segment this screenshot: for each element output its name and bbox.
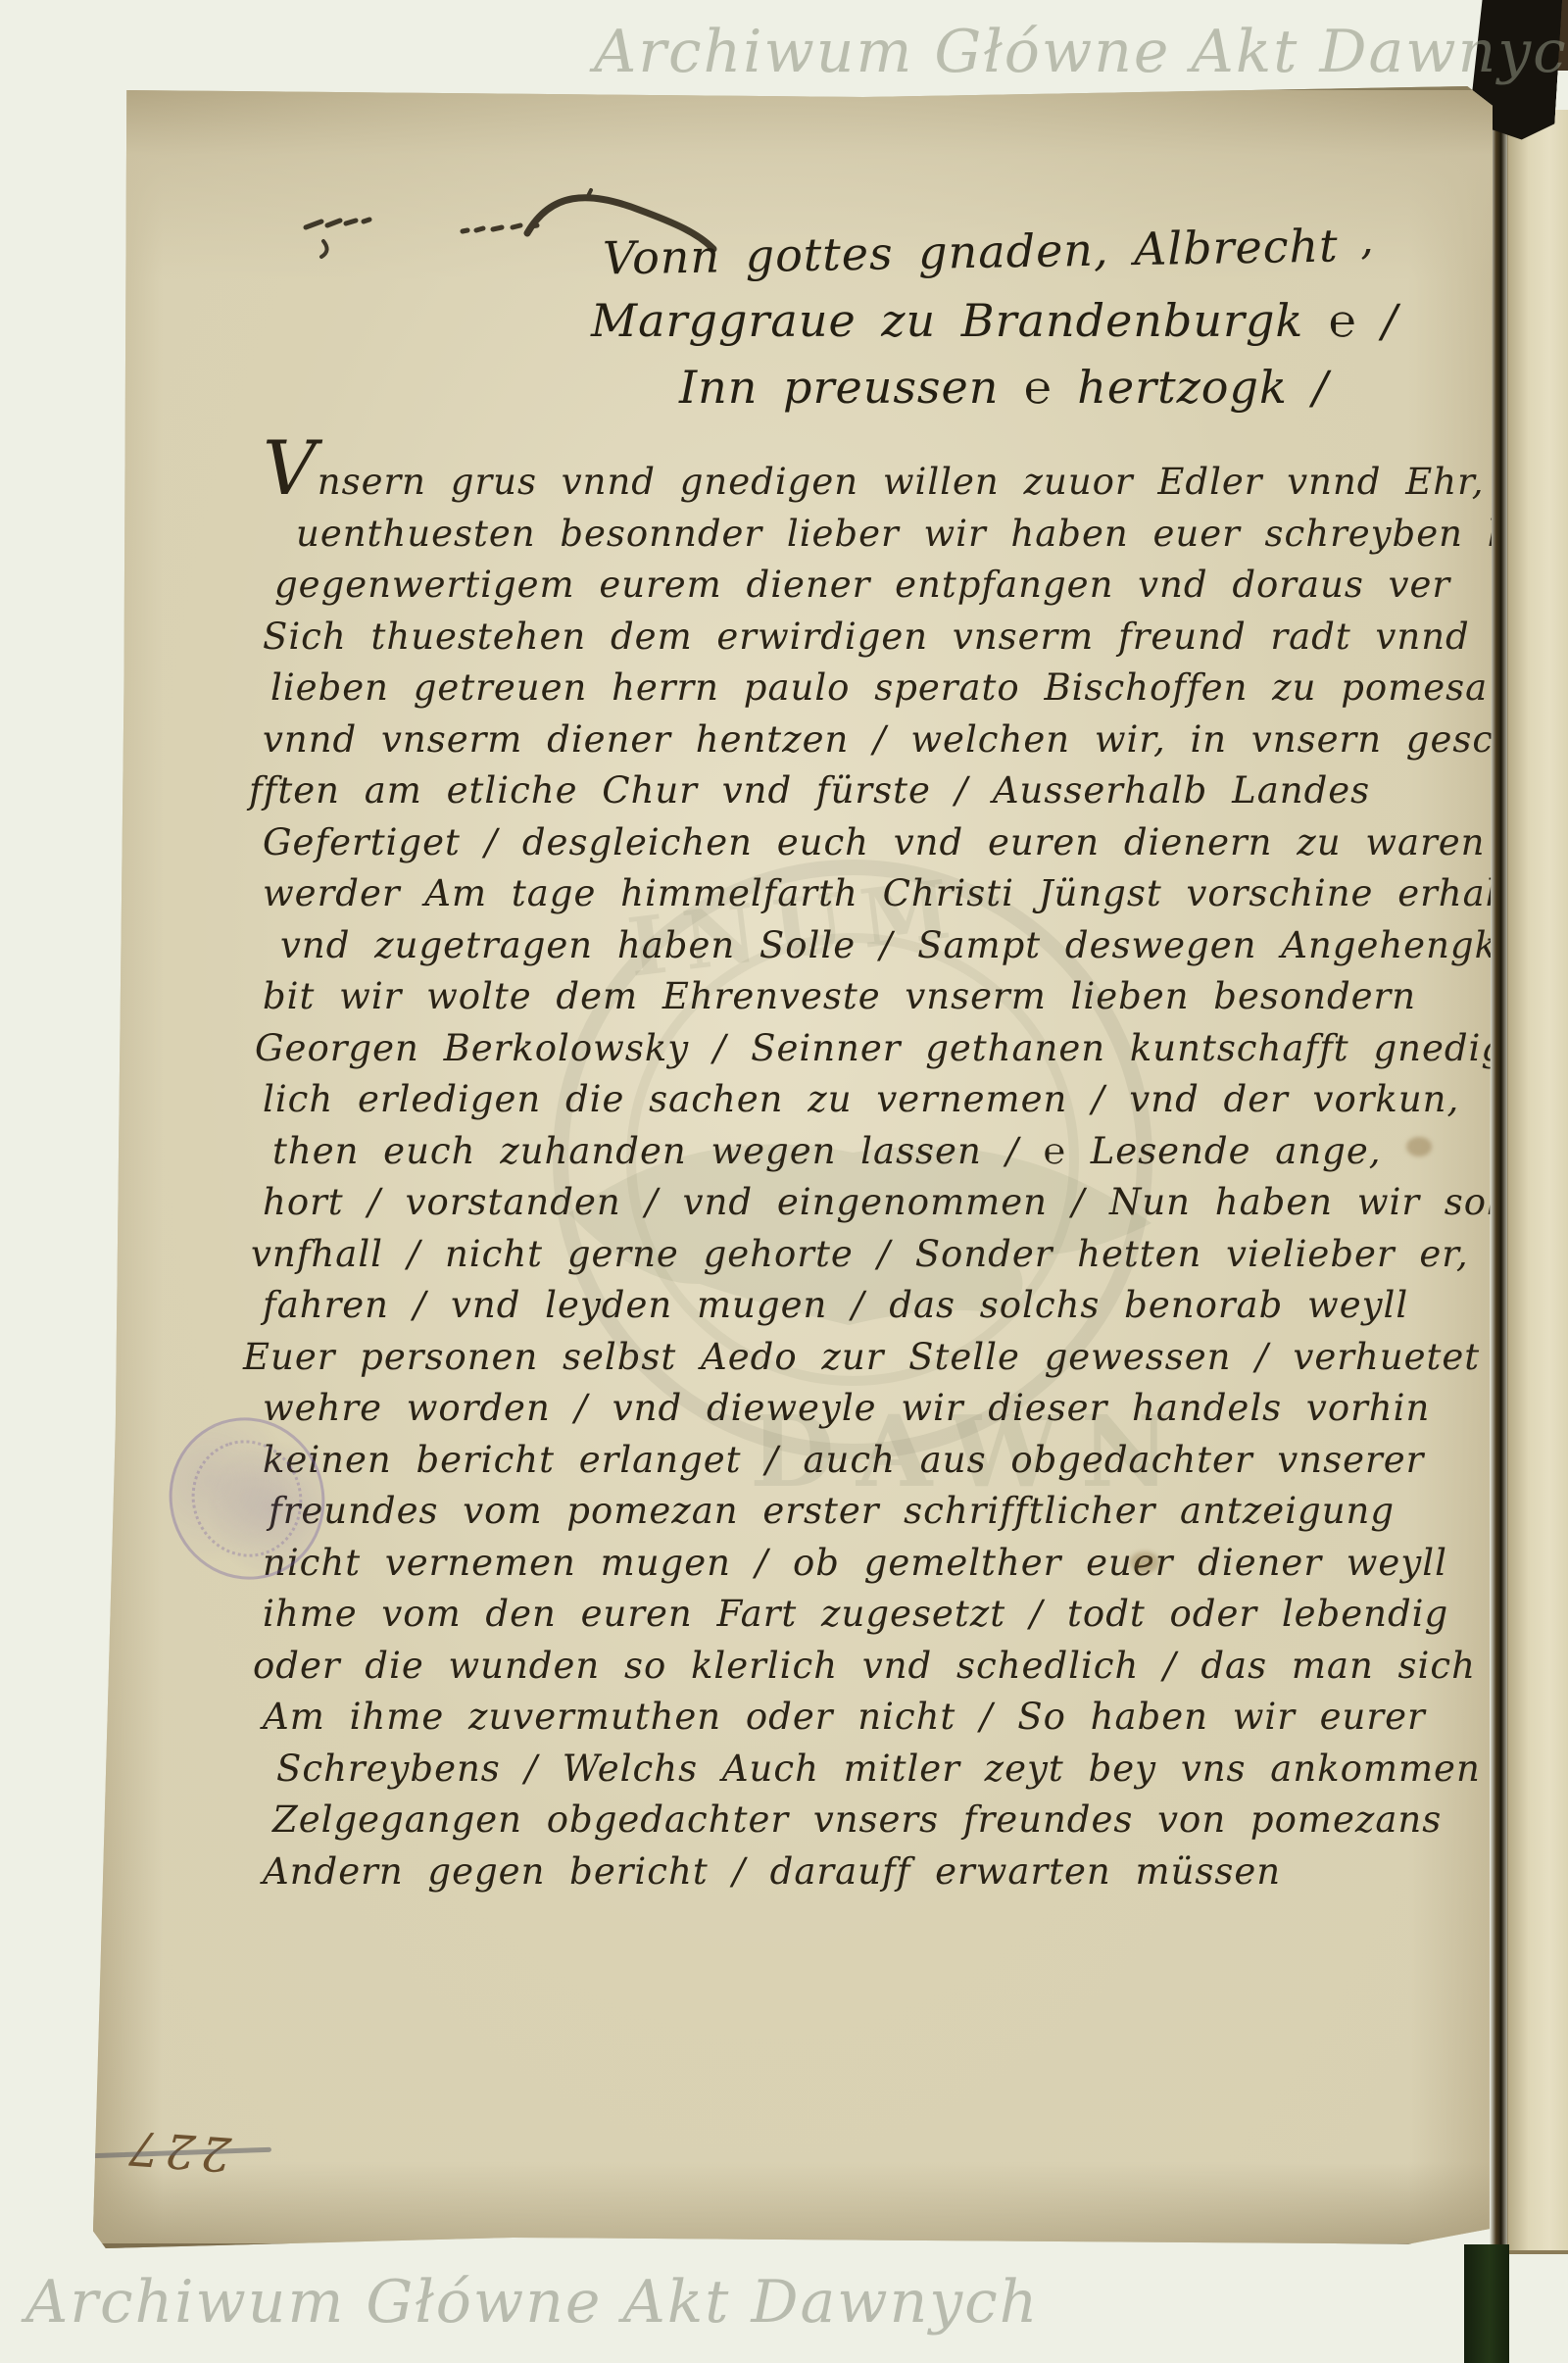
manuscript-line: Gefertiget / desgleichen euch vnd euren … <box>263 817 1488 869</box>
heading-pen-mark: ’ <box>1359 241 1373 291</box>
manuscript-line: wehre worden / vnd dieweyle wir dieser h… <box>263 1383 1488 1435</box>
manuscript-line: then euch zuhanden wegen lassen / ℮ Lese… <box>272 1126 1488 1178</box>
manuscript-line: vnnd vnserm diener hentzen / welchen wir… <box>263 714 1488 766</box>
manuscript-line: lich erledigen die sachen zu vernemen / … <box>263 1074 1488 1126</box>
manuscript-line: Schreybens / Welchs Auch mitler zeyt bey… <box>276 1744 1488 1796</box>
heading-line: Marggraue zu Brandenburgk ℮ / <box>591 294 1398 347</box>
page-gap <box>1490 94 1508 2252</box>
letter-body: Vnsern grus vnnd gnedigen willen zuuor E… <box>263 441 1488 1897</box>
fox-spot <box>1130 1551 1159 1573</box>
manuscript-line: Vnsern grus vnnd gnedigen willen zuuor E… <box>263 441 1488 509</box>
facing-page-edge <box>1507 110 1568 2254</box>
manuscript-line: Georgen Berkolowsky / Seinner gethanen k… <box>255 1023 1488 1075</box>
manuscript-line: Euer personen selbst Aedo zur Stelle gew… <box>243 1332 1488 1384</box>
manuscript-page: Vonn gottes gnaden, Albrecht Marggraue z… <box>93 86 1493 2248</box>
manuscript-line: werder Am tage himmelfarth Christi Jüngs… <box>263 868 1488 920</box>
manuscript-line: Andern gegen bericht / darauff erwarten … <box>263 1846 1488 1898</box>
bookmark-ribbon <box>1464 2244 1509 2363</box>
manuscript-line: vnd zugetragen haben Solle / Sampt deswe… <box>280 920 1488 972</box>
manuscript-line: fahren / vnd leyden mugen / das solchs b… <box>263 1280 1488 1332</box>
manuscript-line: Am ihme zuvermuthen oder nicht / So habe… <box>263 1692 1488 1744</box>
manuscript-line: hort / vorstanden / vnd eingenommen / Nu… <box>263 1177 1488 1229</box>
manuscript-line: freundes vom pomezan erster schrifftlich… <box>269 1486 1488 1538</box>
manuscript-line: nicht vernemen mugen / ob gemelther euer… <box>263 1538 1488 1590</box>
manuscript-line: bit wir wolte dem Ehrenveste vnserm lieb… <box>263 971 1488 1023</box>
manuscript-line: Zelgegangen obgedachter vnsers freundes … <box>272 1795 1488 1846</box>
archival-scan: Archiwum Główne Akt Dawnych Archiwum Głó… <box>0 0 1568 2363</box>
manuscript-line: Sich thuestehen dem erwirdigen vnserm fr… <box>263 612 1488 664</box>
manuscript-line: lieben getreuen herrn paulo sperato Bisc… <box>270 663 1488 714</box>
manuscript-line: vnfhall / nicht gerne gehorte / Sonder h… <box>251 1229 1488 1281</box>
manuscript-line: keinen bericht erlanget / auch aus obged… <box>263 1435 1488 1487</box>
fox-spot <box>1406 1137 1432 1157</box>
manuscript-line: uenthuesten besonnder lieber wir haben e… <box>296 509 1488 561</box>
manuscript-line: oder die wunden so klerlich vnd schedlic… <box>253 1641 1488 1693</box>
heading-line: Inn preussen ℮ hertzogk / <box>679 361 1329 414</box>
manuscript-line: ihme vom den euren Fart zugesetzt / todt… <box>263 1589 1488 1641</box>
manuscript-line: gegenwertigem eurem diener entpfangen vn… <box>274 560 1488 612</box>
manuscript-line: fften am etliche Chur vnd fürste / Ausse… <box>249 765 1488 817</box>
watermark-bottom: Archiwum Główne Akt Dawnych <box>25 2268 1039 2337</box>
watermark-top: Archiwum Główne Akt Dawnych <box>594 18 1568 86</box>
